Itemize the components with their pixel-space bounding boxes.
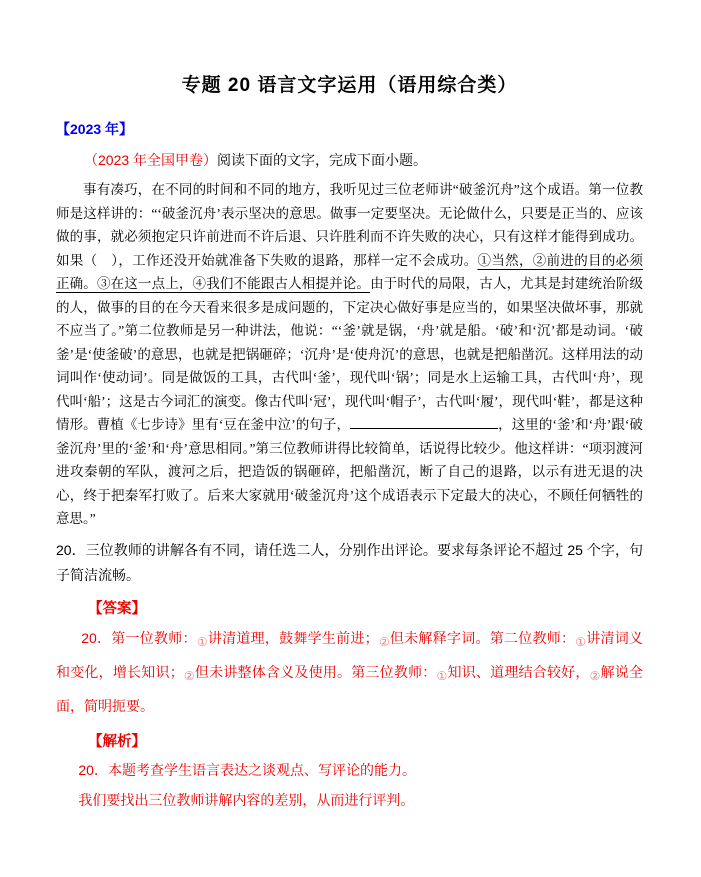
answer-segment: 知识、道理结合较好， [447,664,589,680]
exam-document-page: 专题 20 语言文字运用（语用综合类） 【2023 年】 （2023 年全国甲卷… [0,0,701,877]
answer-section-label: 【答案】 [56,597,643,618]
passage-segment: 由于时代的局限，古人，尤其是封建统治阶级的人，做事的目的在今天看来很多是成问题的… [56,276,643,432]
analysis-line: 我们要找出三位教师讲解内容的差别，从而进行评判。 [56,785,643,815]
analysis-text: 20．本题考查学生语言表达之谈观点、写评论的能力。 我们要找出三位教师讲解内容的… [56,755,643,815]
circled-number-icon: ② [379,635,390,649]
passage-intro: （2023 年全国甲卷）阅读下面的文字，完成下面小题。 [56,150,643,170]
analysis-line: 20．本题考查学生语言表达之谈观点、写评论的能力。 [56,755,643,785]
circled-number-icon: ② [590,669,601,683]
year-section-tag: 【2023 年】 [56,119,643,139]
reading-instruction: 阅读下面的文字，完成下面小题。 [217,152,427,168]
circled-number-icon: ① [197,635,208,649]
answer-segment: 20．第一位教师： [81,630,197,646]
answer-segment: 讲清道理，鼓舞学生前进； [208,630,379,646]
exam-source-label: （2023 年全国甲卷） [84,152,217,168]
document-title: 专题 20 语言文字运用（语用综合类） [56,70,643,97]
answer-text: 20．第一位教师：①讲清道理，鼓舞学生前进；②但未解释字词。第二位教师：①讲清词… [56,623,643,721]
question-20: 20．三位教师的讲解各有不同，请任选二人，分别作出评论。要求每条评论不超过 25… [56,538,643,588]
passage-segment: ，这里的‘釜’和‘舟’跟‘破釜沉舟’里的‘釜’和‘舟’意思相同。”第三位教师讲得… [56,417,643,526]
answer-segment: 但未解释字词。第二位教师： [390,630,575,646]
answer-segment: 但未讲整体含义及使用。第三位教师： [195,664,437,680]
circled-number-icon: ① [437,669,448,683]
fill-in-blank-line [350,417,498,429]
reading-passage: 事有凑巧，在不同的时间和不同的地方，我听见过三位老师讲“破釜沉舟”这个成语。第一… [56,178,643,531]
analysis-section-label: 【解析】 [56,730,643,751]
circled-number-icon: ① [575,635,586,649]
circled-number-icon: ② [184,669,195,683]
